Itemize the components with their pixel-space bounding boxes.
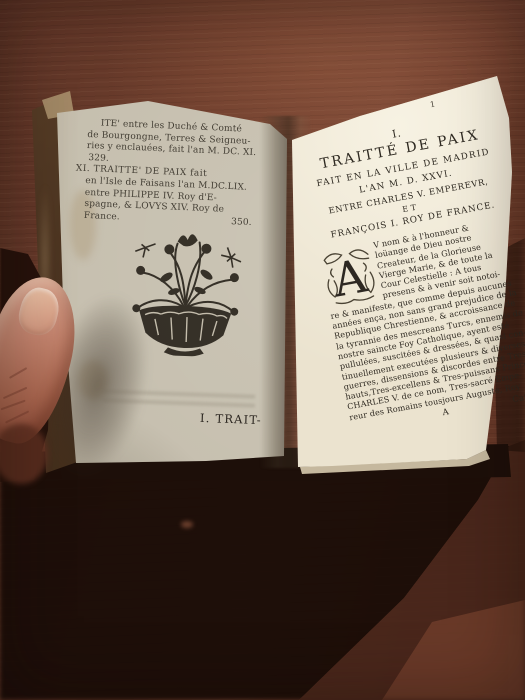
- drop-cap-woodcut-icon: A: [320, 242, 378, 308]
- signature-mark: A: [442, 407, 450, 418]
- left-page-catchword: I. TRAIT-: [200, 411, 262, 427]
- right-page-catchword: Catho-: [512, 390, 525, 405]
- body-paragraph: A V nom & à l'honneur & loüange de Dieu …: [318, 214, 525, 438]
- sunlight-speck: [181, 521, 193, 528]
- svg-text:A: A: [328, 248, 372, 307]
- left-page-text: ITE' entre les Duché & Comté de Bourgong…: [84, 118, 276, 230]
- flower-basket-woodcut-icon: [108, 219, 265, 358]
- photo-antique-book: ITE' entre les Duché & Comté de Bourgong…: [0, 0, 525, 700]
